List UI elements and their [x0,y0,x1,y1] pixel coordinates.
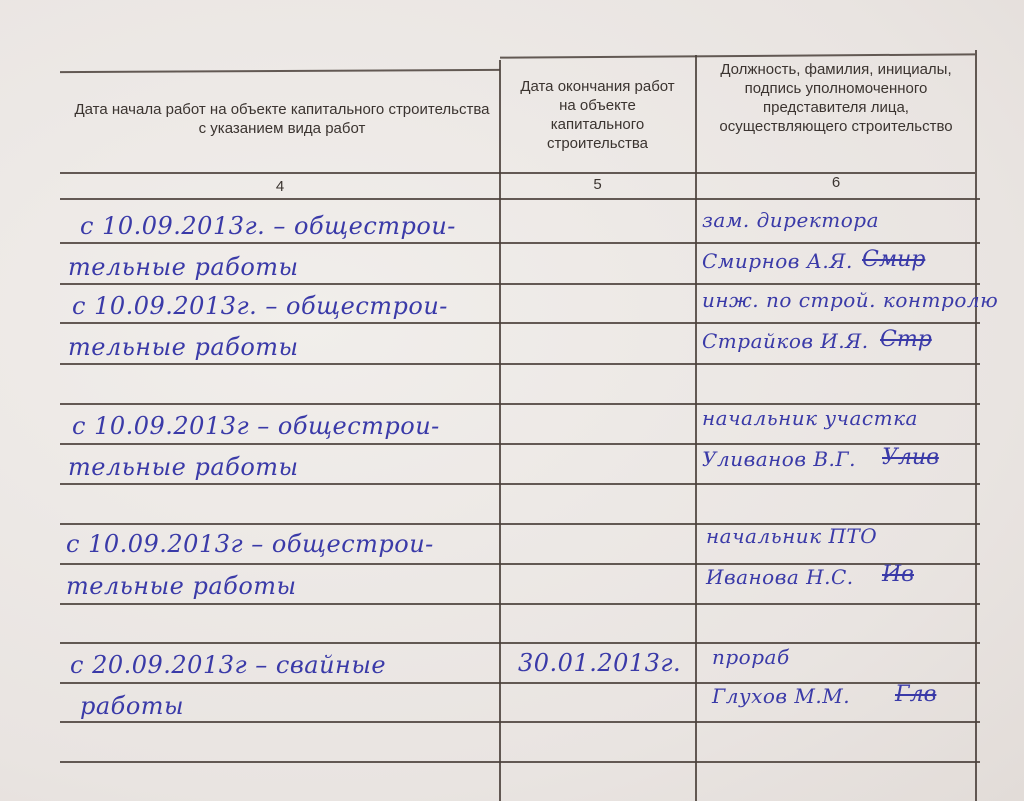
entry-name: Глухов М.М. [712,684,850,708]
entry-start-line1: с 10.09.2013г – общестрои- [72,412,440,440]
row-line [60,483,980,485]
row-line [60,761,980,763]
entry-name: Смирнов А.Я. [702,249,853,273]
entry-name: Уливанов В.Г. [702,447,856,471]
row-line [60,443,980,445]
entry-signature: Ив [882,562,914,587]
entry-signature: Смир [862,247,925,272]
row-line [60,603,980,605]
row-line [60,283,980,285]
entry-signature: Стр [880,327,932,352]
entry-start-line2: тельные работы [68,333,299,361]
entry-signature: Улив [882,445,939,470]
row-line [60,642,980,644]
column-number-6: 6 [697,174,975,191]
column-header-end-date: Дата окончания работ на объекте капиталь… [515,77,680,153]
column-divider-4-5 [499,60,501,801]
entry-start-line2: тельные работы [66,572,297,600]
column-divider-5-6 [695,55,697,801]
entry-end-date: 30.01.2013г. [518,649,681,677]
entry-position: начальник ПТО [706,524,877,548]
table-top-border [60,69,500,73]
entry-name: Страйков И.Я. [702,329,869,353]
entry-position: начальник участка [702,406,918,430]
journal-page: Дата начала работ на объекте капитальног… [0,0,1024,801]
column-header-representative: Должность, фамилия, инициалы, подпись уп… [705,60,967,136]
table-right-border [975,50,977,801]
row-line [60,403,980,405]
entry-start-line1: с 10.09.2013г – общестрои- [66,530,434,558]
entry-start-line2: работы [80,692,184,720]
entry-start-line1: с 10.09.2013г. – общестрои- [72,292,448,320]
entry-start-line2: тельные работы [68,253,299,281]
entry-start-line2: тельные работы [68,453,299,481]
entry-position: инж. по строй. контролю [702,288,998,312]
entry-start-line1: с 20.09.2013г – свайные [70,651,386,679]
column-number-5: 5 [500,176,695,193]
entry-position: зам. директора [702,208,879,232]
row-line [60,322,980,324]
row-line [60,363,980,365]
entry-position: прораб [712,645,790,669]
column-header-start-date: Дата начала работ на объекте капитальног… [72,100,492,138]
table-top-border-right [500,53,975,58]
entry-signature: Глв [895,682,936,707]
row-line [60,721,980,723]
number-row-bottom-border [60,198,980,200]
entry-start-line1: с 10.09.2013г. – общестрои- [80,212,456,240]
column-number-4: 4 [60,178,500,195]
row-line [60,242,980,244]
entry-name: Иванова Н.С. [706,565,854,589]
